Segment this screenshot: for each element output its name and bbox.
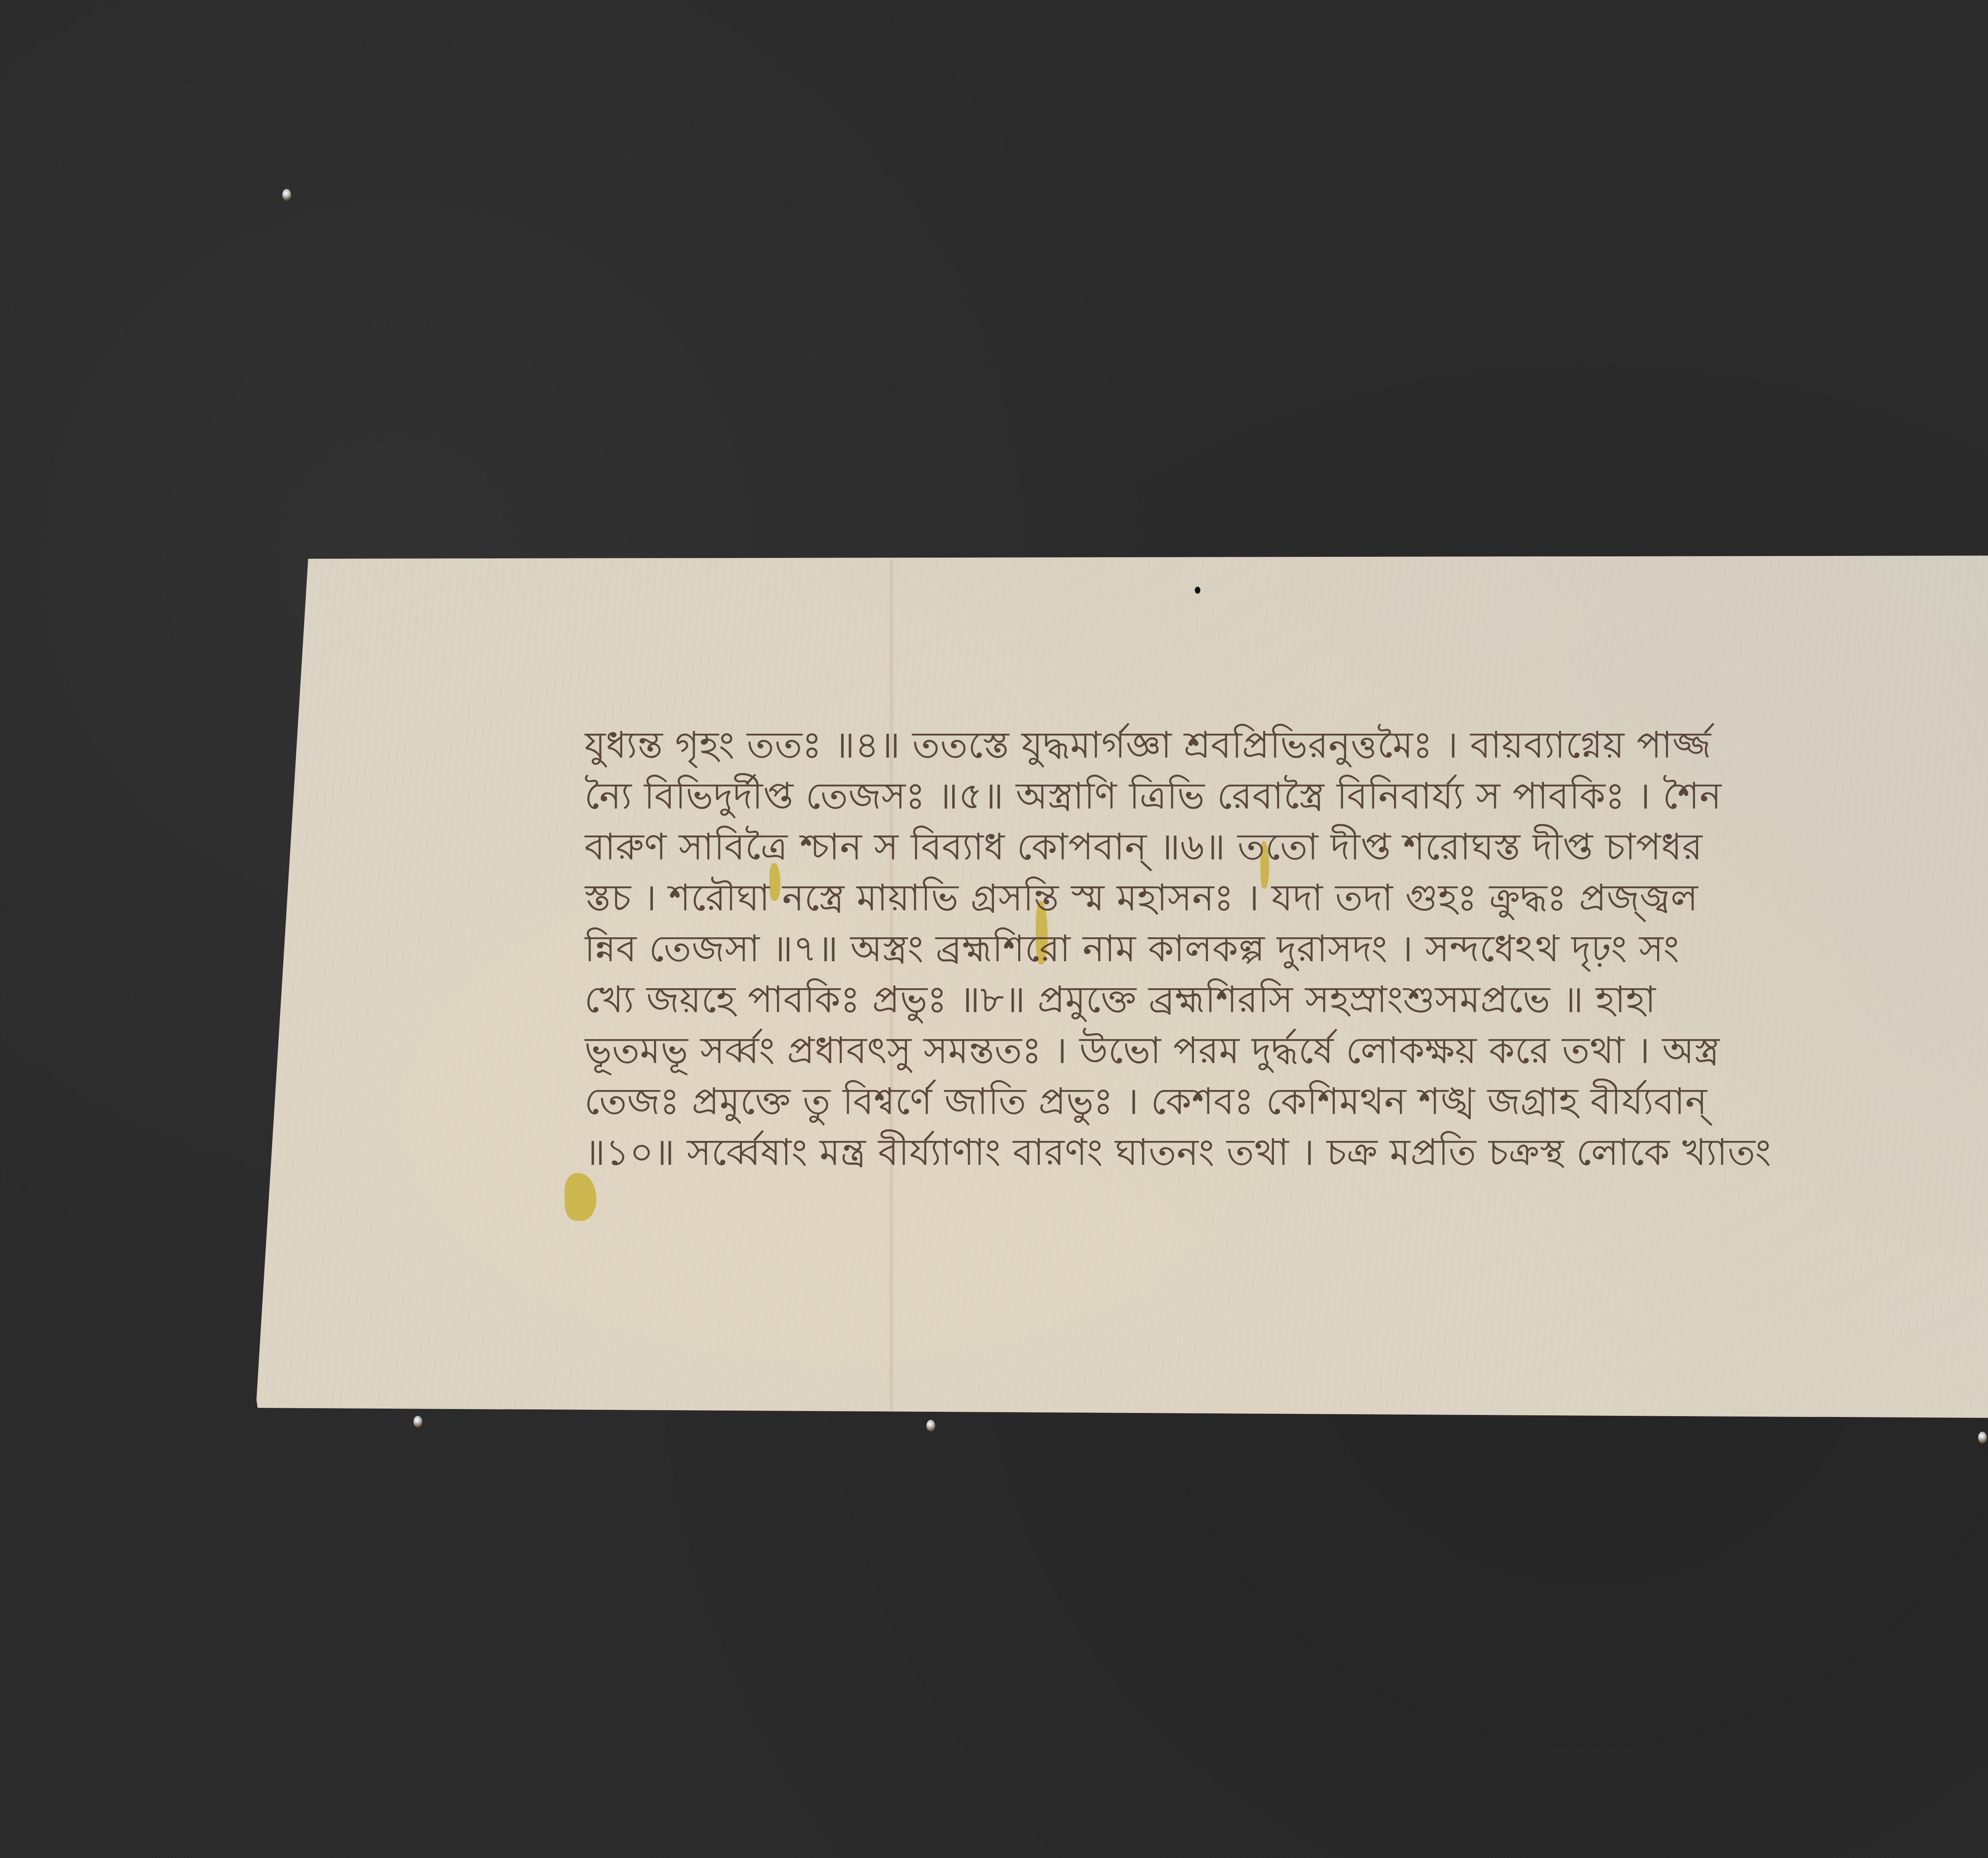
text-line: ভূতমভূ সর্ব্বং প্রধাবৎসু সমন্ততঃ । উভো প… (584, 1025, 1988, 1076)
text-line: খ্যে জয়হে পাবকিঃ প্রভুঃ ॥৮॥ প্রমুক্তে ব… (584, 974, 1988, 1025)
manuscript-text: যুধ্যন্ত গৃহং ততঃ ॥৪॥ ততস্তে যুদ্ধমার্গজ… (584, 720, 1988, 1178)
mounting-pin (414, 1416, 422, 1428)
text-line: তেজঃ প্রমুক্তে তু বিশ্বর্ণে জাতি প্রভুঃ … (584, 1076, 1988, 1127)
manuscript-leaf: যুধ্যন্ত গৃহং ততঃ ॥৪॥ ততস্তে যুদ্ধমার্গজ… (0, 0, 1988, 1858)
text-line: ন্নিব তেজসা ॥৭॥ অস্ত্রং ব্রহ্মশিরো নাম ক… (584, 923, 1988, 974)
text-line: স্তচ । শরৌঘা নস্ত্রে মায়াভি গ্রসন্তি স্… (584, 873, 1988, 923)
mounting-pin (282, 189, 291, 201)
mounting-pin (1978, 1432, 1987, 1444)
paper-hole (1195, 587, 1200, 594)
text-line: বারুণ সাবিত্রৈ শ্চান স বিব্যাধ কোপবান্ ॥… (584, 822, 1988, 873)
text-line: যুধ্যন্ত গৃহং ততঃ ॥৪॥ ততস্তে যুদ্ধমার্গজ… (584, 720, 1988, 771)
yellow-stain (565, 1173, 596, 1221)
text-line: ন্যৈ বিভিদুর্দীপ্ত তেজসঃ ॥৫॥ অস্ত্রাণি ত… (584, 771, 1988, 822)
mounting-pin (926, 1420, 935, 1432)
text-line: ॥১০॥ সর্ব্বেষাং মন্ত্র বীর্য্যাণাং বারণং… (584, 1127, 1988, 1178)
